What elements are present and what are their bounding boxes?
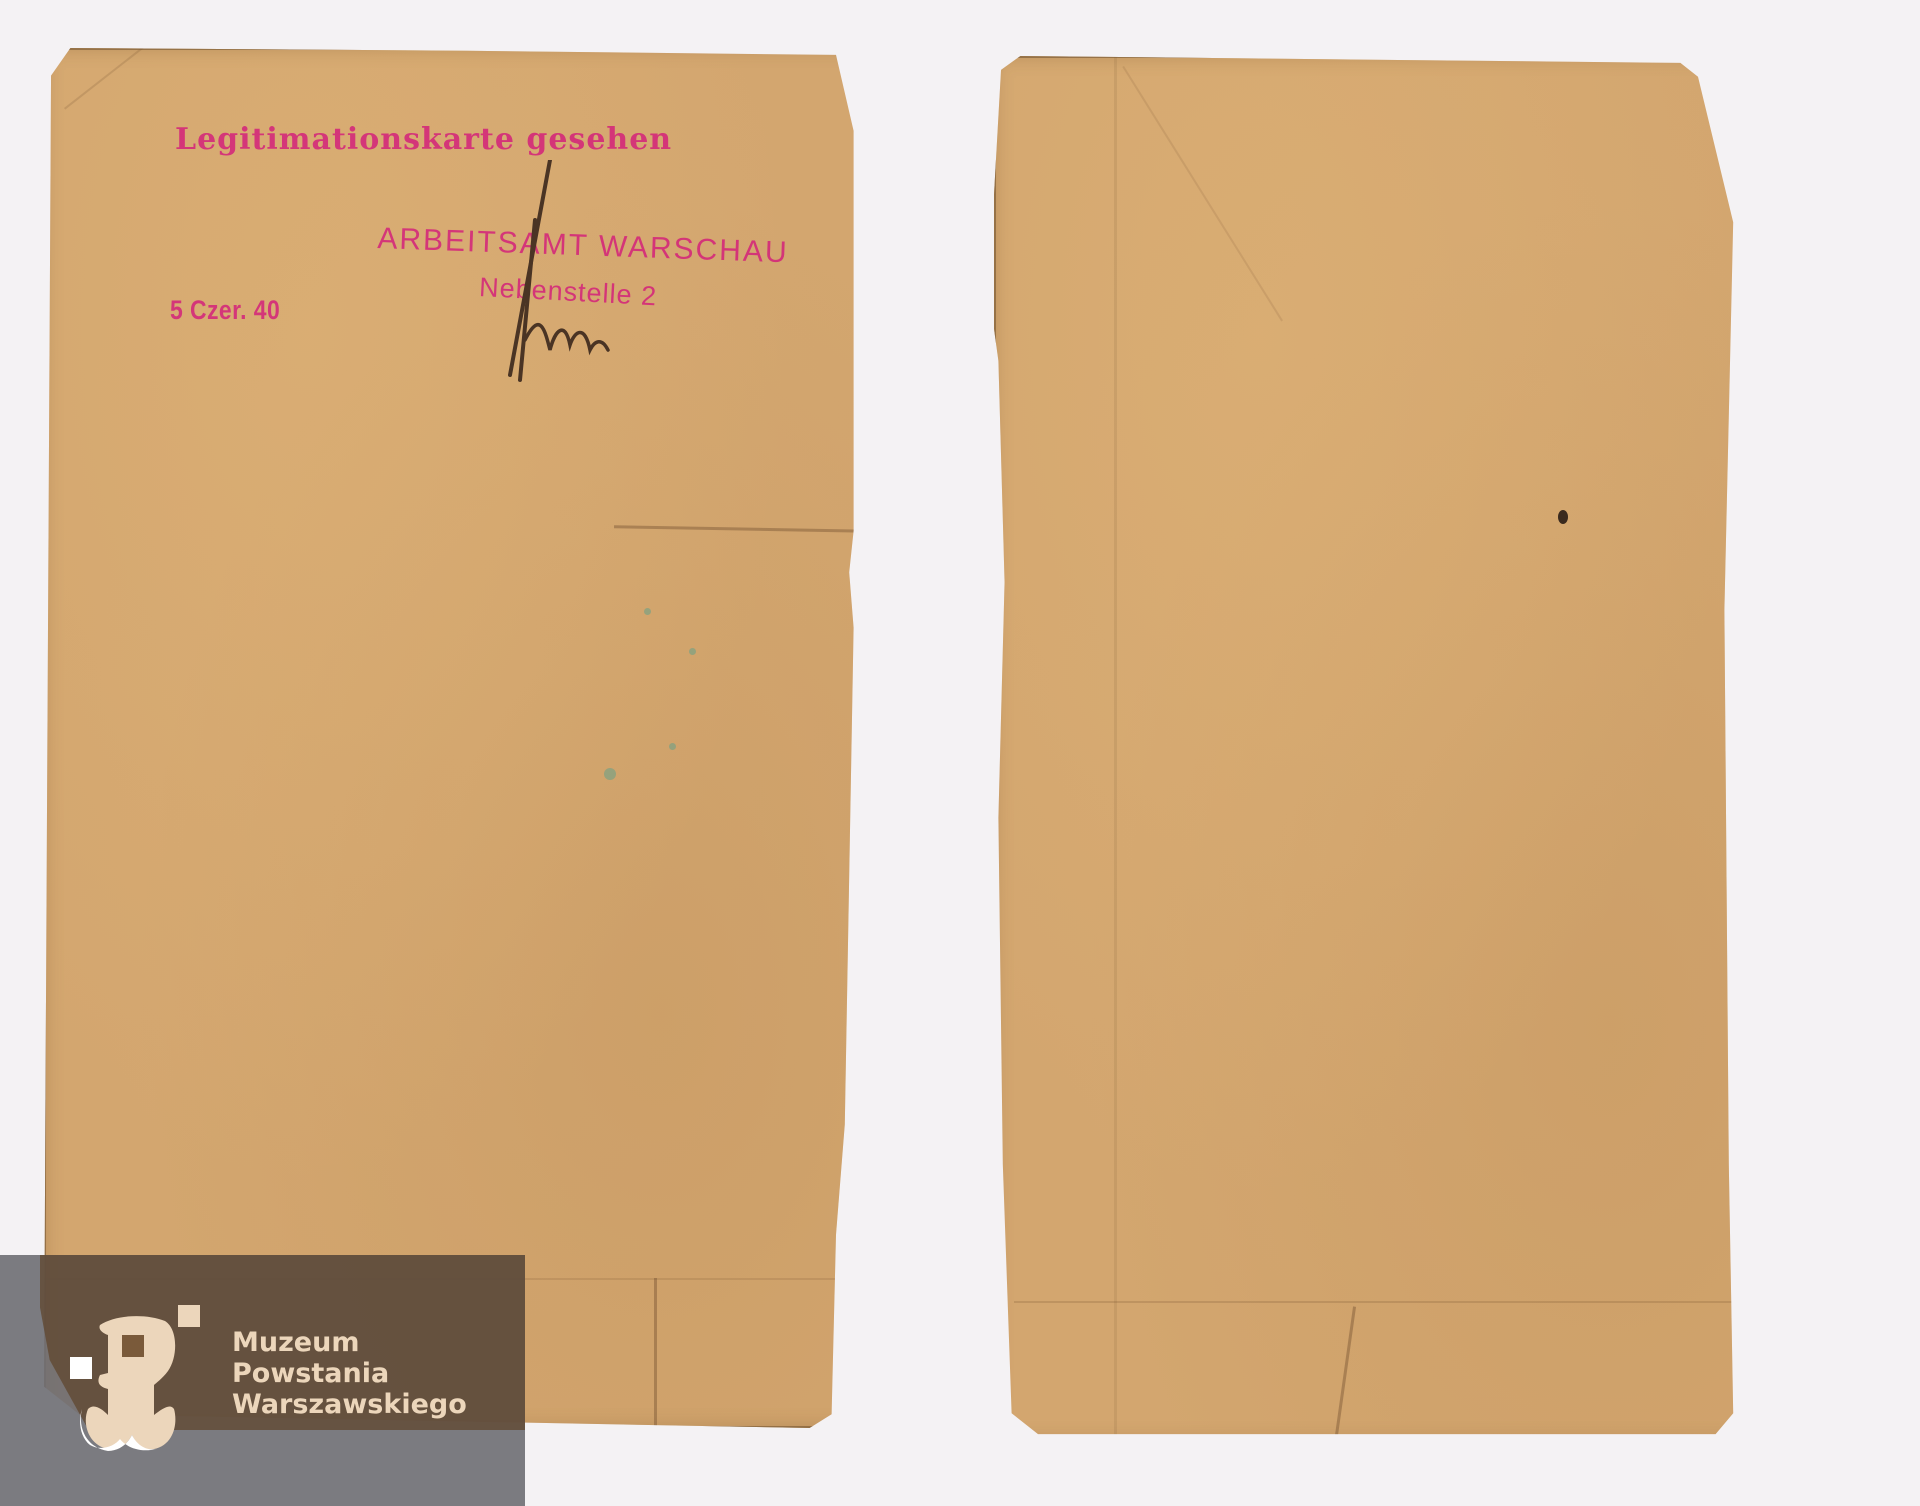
- ink-spot: [1766, 1392, 1774, 1400]
- tear-line: [614, 525, 924, 533]
- stain: [689, 648, 696, 655]
- museum-watermark: Muzeum Powstania Warszawskiego: [0, 1255, 525, 1506]
- stain: [644, 608, 651, 615]
- crease-line: [1114, 56, 1117, 1436]
- museum-name-line3: Warszawskiego: [232, 1389, 467, 1420]
- museum-name: Muzeum Powstania Warszawskiego: [232, 1327, 467, 1420]
- tear-line: [864, 538, 867, 818]
- stain: [669, 743, 676, 750]
- legitimation-stamp: Legitimationskarte gesehen: [175, 122, 672, 157]
- crease-line: [1335, 1306, 1356, 1435]
- ink-spot: [1558, 510, 1568, 524]
- date-stamp: 5 Czer. 40: [170, 295, 280, 326]
- crease-line: [64, 0, 365, 110]
- fold-line: [1014, 1301, 1874, 1303]
- signature-icon: [490, 160, 620, 390]
- crease-line: [654, 1278, 657, 1428]
- museum-name-line2: Powstania: [232, 1358, 467, 1389]
- right-card-half: [994, 56, 1874, 1441]
- anchor-logo-icon: [70, 1305, 205, 1455]
- crease-line: [1122, 66, 1283, 321]
- stain: [604, 768, 616, 780]
- museum-name-line1: Muzeum: [232, 1327, 467, 1358]
